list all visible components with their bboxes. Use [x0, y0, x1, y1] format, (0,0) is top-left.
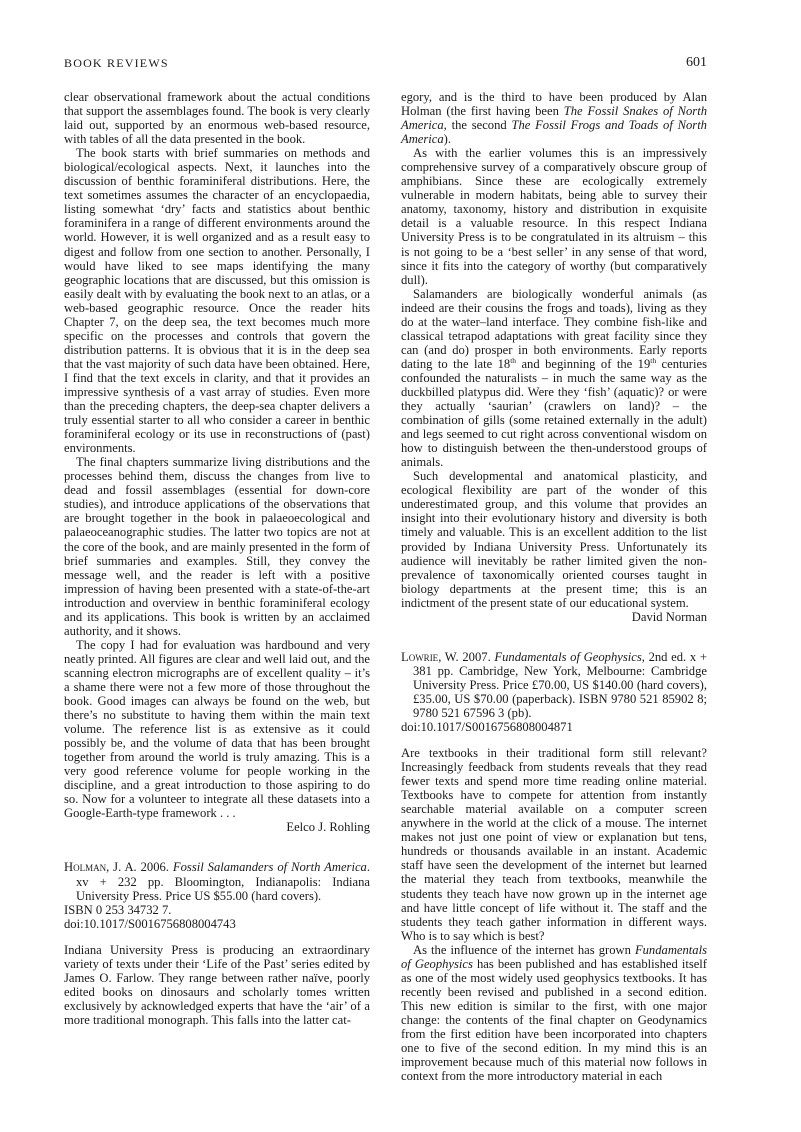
right-column: egory, and is the third to have been pro… [401, 90, 707, 1083]
citation-author: Lowrie [401, 650, 438, 664]
paragraph: Are textbooks in their traditional form … [401, 746, 707, 943]
running-title: BOOK REVIEWS [64, 56, 169, 71]
paragraph: The copy I had for evaluation was hardbo… [64, 638, 370, 821]
citation-initials: , J. A. 2006. [106, 860, 173, 874]
left-column: clear observational framework about the … [64, 90, 370, 1027]
paragraph: Salamanders are biologically wonderful a… [401, 287, 707, 470]
page-number: 601 [686, 55, 707, 71]
citation-author: Holman [64, 860, 106, 874]
citation-title: Fossil Salamanders of North America [173, 860, 367, 874]
paragraph: Such developmental and anatomical plasti… [401, 469, 707, 609]
citation-doi[interactable]: doi:10.1017/S0016756808004743 [76, 917, 370, 931]
citation-title: Fundamentals of Geophysics [494, 650, 641, 664]
citation-isbn: ISBN 0 253 34732 7. [76, 903, 370, 917]
book-citation: Holman, J. A. 2006. Fossil Salamanders o… [64, 860, 370, 930]
paragraph: As the influence of the internet has gro… [401, 943, 707, 1083]
reviewer-signature: Eelco J. Rohling [64, 820, 370, 834]
paragraph: clear observational framework about the … [64, 90, 370, 146]
book-citation: Lowrie, W. 2007. Fundamentals of Geophys… [401, 650, 707, 734]
paragraph: The book starts with brief summaries on … [64, 146, 370, 455]
running-head: BOOK REVIEWS 601 [64, 56, 707, 72]
paragraph: As with the earlier volumes this is an i… [401, 146, 707, 286]
paragraph: Indiana University Press is producing an… [64, 943, 370, 1027]
paragraph: The final chapters summarize living dist… [64, 455, 370, 638]
reviewer-signature: David Norman [401, 610, 707, 624]
citation-doi[interactable]: doi:10.1017/S0016756808004871 [413, 720, 707, 734]
citation-initials: , W. 2007. [438, 650, 494, 664]
paragraph: egory, and is the third to have been pro… [401, 90, 707, 146]
